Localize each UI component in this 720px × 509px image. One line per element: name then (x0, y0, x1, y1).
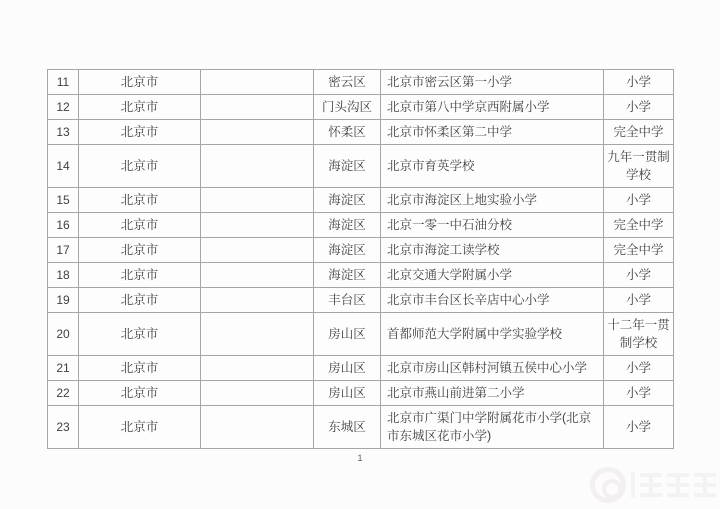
cell-school-name: 北京一零一中石油分校 (381, 213, 604, 238)
school-table-body: 11 北京市 密云区 北京市密云区第一小学 小学 12 北京市 门头沟区 北京市… (48, 70, 674, 449)
cell-district: 海淀区 (314, 238, 381, 263)
cell-province: 北京市 (79, 145, 201, 188)
cell-district: 丰台区 (314, 288, 381, 313)
cell-school-type: 小学 (604, 70, 674, 95)
cell-district: 海淀区 (314, 145, 381, 188)
cell-blank (201, 406, 314, 449)
cell-district: 海淀区 (314, 263, 381, 288)
cell-school-name: 首都师范大学附属中学实验学校 (381, 313, 604, 356)
table-row: 21 北京市 房山区 北京市房山区韩村河镇五侯中心小学 小学 (48, 356, 674, 381)
cell-school-name: 北京市丰台区长辛店中心小学 (381, 288, 604, 313)
table-row: 15 北京市 海淀区 北京市海淀区上地实验小学 小学 (48, 188, 674, 213)
watermark-glyph (640, 473, 662, 497)
cell-district: 房山区 (314, 313, 381, 356)
table-row: 19 北京市 丰台区 北京市丰台区长辛店中心小学 小学 (48, 288, 674, 313)
cell-row-number: 14 (48, 145, 79, 188)
cell-school-type: 小学 (604, 356, 674, 381)
school-list-table: 11 北京市 密云区 北京市密云区第一小学 小学 12 北京市 门头沟区 北京市… (47, 69, 674, 449)
watermark-glyph (694, 473, 716, 497)
watermark-logo-icon (590, 467, 626, 503)
table-row: 11 北京市 密云区 北京市密云区第一小学 小学 (48, 70, 674, 95)
cell-district: 海淀区 (314, 213, 381, 238)
cell-blank (201, 70, 314, 95)
cell-province: 北京市 (79, 356, 201, 381)
table-row: 16 北京市 海淀区 北京一零一中石油分校 完全中学 (48, 213, 674, 238)
cell-school-name: 北京市密云区第一小学 (381, 70, 604, 95)
cell-province: 北京市 (79, 288, 201, 313)
cell-province: 北京市 (79, 381, 201, 406)
cell-blank (201, 263, 314, 288)
cell-school-type: 小学 (604, 381, 674, 406)
cell-province: 北京市 (79, 238, 201, 263)
cell-school-name: 北京市第八中学京西附属小学 (381, 95, 604, 120)
table-row: 17 北京市 海淀区 北京市海淀工读学校 完全中学 (48, 238, 674, 263)
cell-province: 北京市 (79, 213, 201, 238)
cell-school-type: 小学 (604, 263, 674, 288)
cell-row-number: 16 (48, 213, 79, 238)
cell-school-type: 完全中学 (604, 238, 674, 263)
cell-district: 门头沟区 (314, 95, 381, 120)
cell-blank (201, 188, 314, 213)
cell-province: 北京市 (79, 406, 201, 449)
cell-school-type: 小学 (604, 95, 674, 120)
cell-blank (201, 356, 314, 381)
cell-school-name: 北京市燕山前进第二小学 (381, 381, 604, 406)
cell-row-number: 17 (48, 238, 79, 263)
cell-school-type: 小学 (604, 188, 674, 213)
cell-row-number: 19 (48, 288, 79, 313)
cell-school-name: 北京市怀柔区第二中学 (381, 120, 604, 145)
cell-school-type: 九年一贯制学校 (604, 145, 674, 188)
cell-district: 怀柔区 (314, 120, 381, 145)
cell-school-name: 北京市海淀工读学校 (381, 238, 604, 263)
cell-row-number: 18 (48, 263, 79, 288)
cell-school-type: 小学 (604, 406, 674, 449)
cell-row-number: 20 (48, 313, 79, 356)
cell-row-number: 23 (48, 406, 79, 449)
table-row: 12 北京市 门头沟区 北京市第八中学京西附属小学 小学 (48, 95, 674, 120)
cell-row-number: 15 (48, 188, 79, 213)
cell-province: 北京市 (79, 188, 201, 213)
cell-school-name: 北京市育英学校 (381, 145, 604, 188)
watermark-glyph (667, 473, 689, 497)
cell-blank (201, 95, 314, 120)
table-row: 18 北京市 海淀区 北京交通大学附属小学 小学 (48, 263, 674, 288)
cell-school-name: 北京市房山区韩村河镇五侯中心小学 (381, 356, 604, 381)
cell-blank (201, 213, 314, 238)
document-page: 11 北京市 密云区 北京市密云区第一小学 小学 12 北京市 门头沟区 北京市… (0, 0, 720, 509)
cell-row-number: 12 (48, 95, 79, 120)
cell-district: 东城区 (314, 406, 381, 449)
table-row: 14 北京市 海淀区 北京市育英学校 九年一贯制学校 (48, 145, 674, 188)
page-number: 1 (0, 453, 720, 463)
cell-row-number: 21 (48, 356, 79, 381)
cell-blank (201, 288, 314, 313)
cell-school-type: 十二年一贯制学校 (604, 313, 674, 356)
cell-row-number: 13 (48, 120, 79, 145)
cell-blank (201, 120, 314, 145)
cell-school-name: 北京交通大学附属小学 (381, 263, 604, 288)
cell-province: 北京市 (79, 120, 201, 145)
cell-district: 房山区 (314, 381, 381, 406)
watermark-divider (631, 472, 635, 498)
table-row: 13 北京市 怀柔区 北京市怀柔区第二中学 完全中学 (48, 120, 674, 145)
table-row: 22 北京市 房山区 北京市燕山前进第二小学 小学 (48, 381, 674, 406)
cell-province: 北京市 (79, 263, 201, 288)
cell-province: 北京市 (79, 95, 201, 120)
cell-province: 北京市 (79, 313, 201, 356)
table-row: 23 北京市 东城区 北京市广渠门中学附属花市小学(北京市东城区花市小学) 小学 (48, 406, 674, 449)
cell-district: 密云区 (314, 70, 381, 95)
cell-row-number: 22 (48, 381, 79, 406)
cell-blank (201, 381, 314, 406)
cell-school-name: 北京市海淀区上地实验小学 (381, 188, 604, 213)
cell-blank (201, 145, 314, 188)
cell-row-number: 11 (48, 70, 79, 95)
cell-blank (201, 238, 314, 263)
cell-school-name: 北京市广渠门中学附属花市小学(北京市东城区花市小学) (381, 406, 604, 449)
cell-district: 房山区 (314, 356, 381, 381)
cell-district: 海淀区 (314, 188, 381, 213)
cell-blank (201, 313, 314, 356)
cell-province: 北京市 (79, 70, 201, 95)
cell-school-type: 完全中学 (604, 120, 674, 145)
cell-school-type: 小学 (604, 288, 674, 313)
cell-school-type: 完全中学 (604, 213, 674, 238)
table-row: 20 北京市 房山区 首都师范大学附属中学实验学校 十二年一贯制学校 (48, 313, 674, 356)
watermark (590, 465, 716, 505)
